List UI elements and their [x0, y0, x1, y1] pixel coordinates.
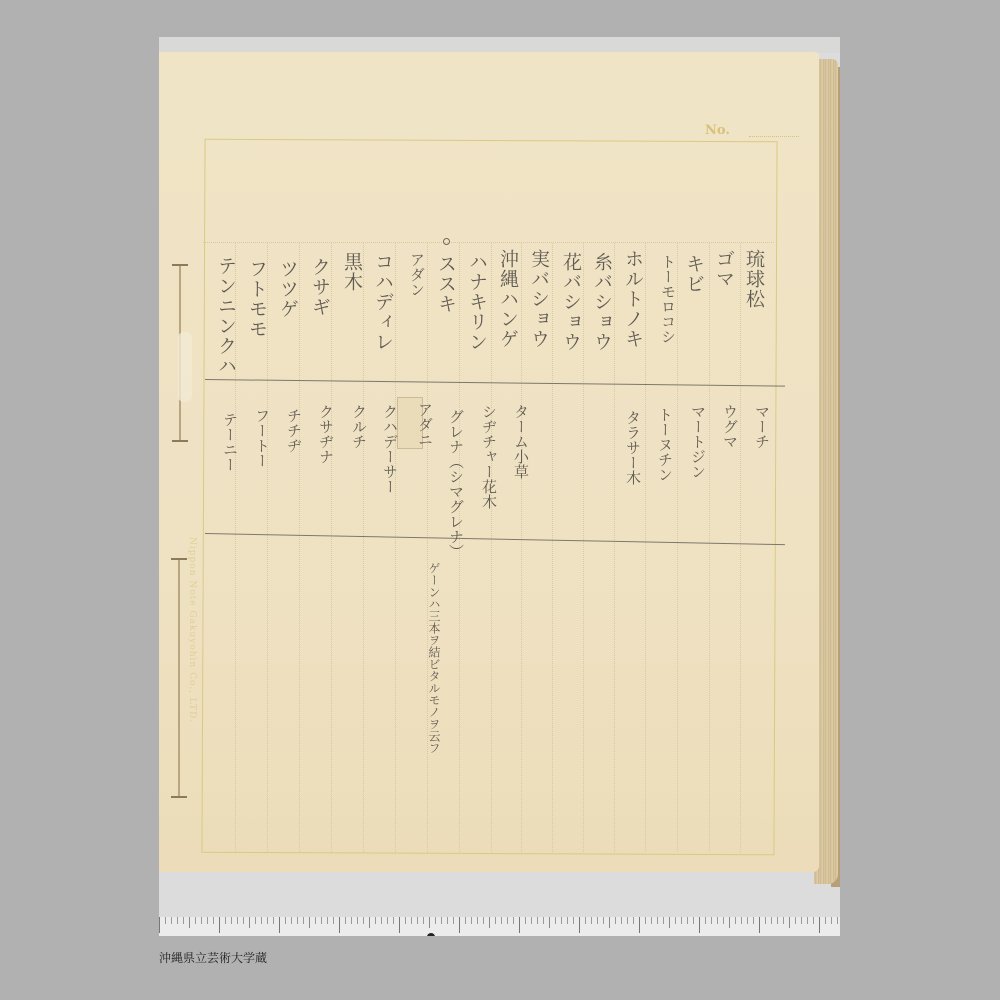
upper-entry: ススキ: [434, 254, 458, 314]
lower-entry: チチヂ: [282, 408, 306, 453]
annotation-note: ゲーンハ三本ヲ結ビタルモノヲ云フ: [426, 562, 442, 754]
lower-entry: マーチ: [750, 404, 774, 449]
upper-entry: 黒木: [340, 252, 364, 292]
upper-entry: フトモモ: [245, 259, 269, 339]
lower-entry: タラサー木: [621, 410, 645, 485]
column-divider: [583, 243, 584, 852]
lower-entry: シヂチャー花木: [477, 404, 501, 509]
page-number-label: No.: [705, 123, 730, 138]
upper-entry: ゴマ: [712, 249, 736, 289]
upper-entry: トーモロコシ: [656, 254, 680, 344]
staple-icon: [172, 440, 188, 442]
publisher-imprint: Nippon Note Gakuyohin Co., LTD.: [183, 537, 197, 723]
lower-entry: アダニ: [413, 402, 437, 447]
staple-icon: [172, 264, 188, 266]
lower-entry: ウグマ: [718, 404, 742, 449]
upper-entry: アダン: [405, 252, 429, 297]
lower-entry: テーニー: [218, 412, 242, 472]
upper-entry: 糸バショウ: [590, 252, 614, 352]
column-divider: [740, 243, 741, 852]
column-divider: [491, 243, 492, 852]
page-number-field: [749, 136, 799, 137]
column-divider: [331, 243, 332, 852]
upper-entry: 実バショウ: [527, 249, 551, 349]
lower-entry: フートー: [250, 408, 274, 468]
staple-icon: [171, 796, 187, 798]
tape-patch: [178, 332, 192, 402]
lower-entry: クサヂナ: [314, 404, 338, 464]
lower-entry: マートジン: [686, 404, 710, 479]
upper-entry: 沖縄ハンゲ: [496, 249, 520, 349]
lower-entry: クルチ: [347, 404, 371, 449]
upper-entry: クサギ: [308, 257, 332, 317]
upper-entry: 琉球松: [742, 249, 766, 309]
backdrop: [159, 37, 840, 53]
column-divider: [709, 243, 710, 852]
notebook-photo: Nippon Note Gakuyohin Co., LTD. No. 琉球松 …: [159, 37, 840, 936]
column-divider: [521, 243, 522, 852]
column-divider: [552, 243, 553, 852]
upper-entry: コハディレ: [371, 252, 395, 352]
column-divider: [395, 243, 396, 852]
column-divider: [645, 243, 646, 852]
column-divider: [299, 243, 300, 852]
column-divider: [614, 243, 615, 852]
lower-entry: トーヌチン: [653, 407, 677, 482]
circle-mark-icon: [443, 238, 450, 245]
lower-entry: クハデーサー: [378, 404, 402, 494]
upper-entry: ツツゲ: [276, 259, 300, 319]
lower-entry: ターム小草: [509, 404, 533, 479]
notebook-page: Nippon Note Gakuyohin Co., LTD. No. 琉球松 …: [159, 52, 819, 872]
upper-entry: キビ: [682, 254, 706, 294]
frame-header-rule: [203, 242, 774, 243]
upper-entry: テンニンクハ: [214, 256, 238, 376]
upper-entry: ハナキリン: [465, 252, 489, 352]
column-divider: [363, 243, 364, 852]
measuring-ruler: [159, 917, 840, 936]
column-divider: [427, 243, 428, 852]
binding-thread: [178, 558, 180, 798]
upper-entry: 花バショウ: [559, 252, 583, 352]
ruler-marker: [427, 933, 435, 936]
lower-entry: グレナ（シマグレナ）: [444, 409, 468, 559]
collection-credit: 沖縄県立芸術大学蔵: [159, 949, 267, 966]
upper-entry: ホルトノキ: [621, 249, 645, 349]
